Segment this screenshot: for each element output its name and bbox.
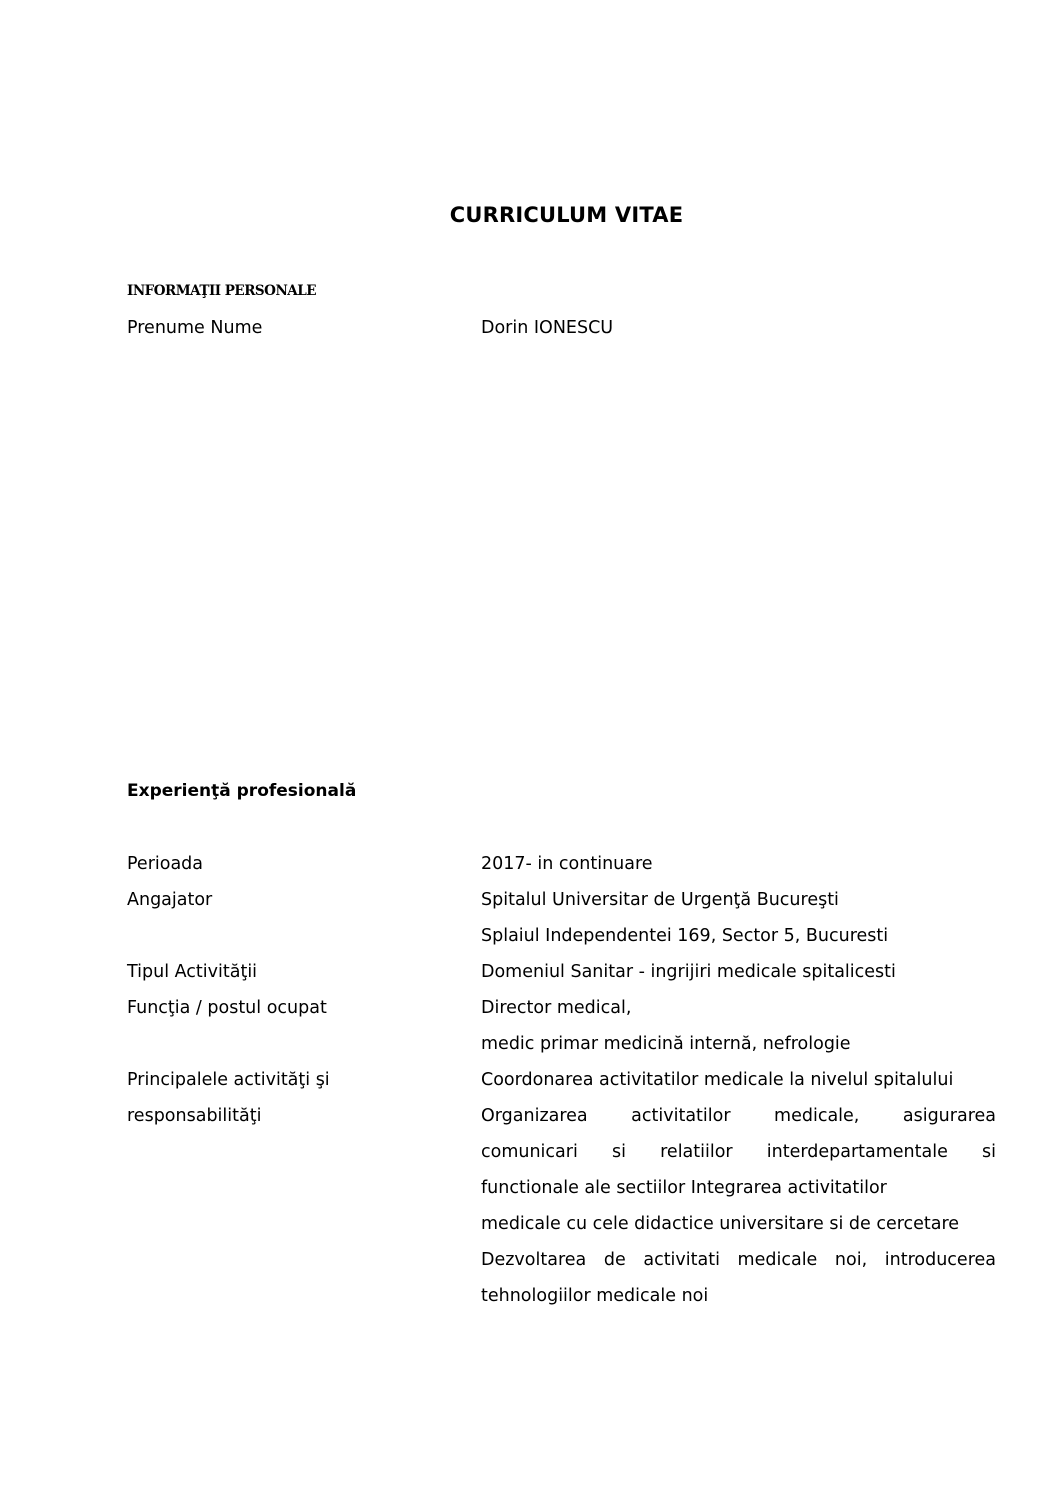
experience-row: Tipul Activităţii Domeniul Sanitar - ing… xyxy=(0,954,1058,990)
experience-row: medic primar medicină internă, nefrologi… xyxy=(0,1026,1058,1062)
row-value: medic primar medicină internă, nefrologi… xyxy=(481,1026,851,1062)
experience-row: tehnologiilor medicale noi xyxy=(0,1278,1058,1314)
row-label: Tipul Activităţii xyxy=(127,954,257,990)
row-value: Director medical, xyxy=(481,990,631,1026)
row-label: Perioada xyxy=(127,846,203,882)
experience-heading: Experienţă profesională xyxy=(127,781,356,801)
row-label: Funcţia / postul ocupat xyxy=(127,990,327,1026)
experience-row: Dezvoltarea de activitati medicale noi, … xyxy=(0,1242,1058,1278)
experience-row: Splaiul Independentei 169, Sector 5, Buc… xyxy=(0,918,1058,954)
row-value: Domeniul Sanitar - ingrijiri medicale sp… xyxy=(481,954,896,990)
experience-row: Angajator Spitalul Universitar de Urgenţ… xyxy=(0,882,1058,918)
experience-row: medicale cu cele didactice universitare … xyxy=(0,1206,1058,1242)
experience-row: responsabilităţi Organizarea activitatil… xyxy=(0,1098,1058,1134)
row-value: comunicari si relatiilor interdepartamen… xyxy=(481,1134,996,1170)
row-value: Organizarea activitatilor medicale, asig… xyxy=(481,1098,996,1134)
row-value: Spitalul Universitar de Urgenţă Bucureşt… xyxy=(481,882,839,918)
experience-row: functionale ale sectiilor Integrarea act… xyxy=(0,1170,1058,1206)
row-value: functionale ale sectiilor Integrarea act… xyxy=(481,1170,887,1206)
experience-row: Principalele activităţi şi Coordonarea a… xyxy=(0,1062,1058,1098)
experience-row: Funcţia / postul ocupat Director medical… xyxy=(0,990,1058,1026)
experience-row: comunicari si relatiilor interdepartamen… xyxy=(0,1134,1058,1170)
experience-row: Perioada 2017- in continuare xyxy=(0,846,1058,882)
row-value: 2017- in continuare xyxy=(481,846,653,882)
personal-info-heading: INFORMAŢII PERSONALE xyxy=(127,283,316,299)
row-value: Splaiul Independentei 169, Sector 5, Buc… xyxy=(481,918,888,954)
row-label: responsabilităţi xyxy=(127,1098,261,1134)
row-label: Principalele activităţi şi xyxy=(127,1062,330,1098)
row-label: Angajator xyxy=(127,882,212,918)
row-value: Coordonarea activitatilor medicale la ni… xyxy=(481,1062,953,1098)
personal-info-row: Prenume Nume Dorin IONESCU xyxy=(0,310,1058,346)
name-value: Dorin IONESCU xyxy=(481,310,613,346)
row-value: Dezvoltarea de activitati medicale noi, … xyxy=(481,1242,996,1278)
document-title: CURRICULUM VITAE xyxy=(0,203,1058,227)
row-value: tehnologiilor medicale noi xyxy=(481,1278,708,1314)
name-label: Prenume Nume xyxy=(127,310,262,346)
row-value: medicale cu cele didactice universitare … xyxy=(481,1206,959,1242)
